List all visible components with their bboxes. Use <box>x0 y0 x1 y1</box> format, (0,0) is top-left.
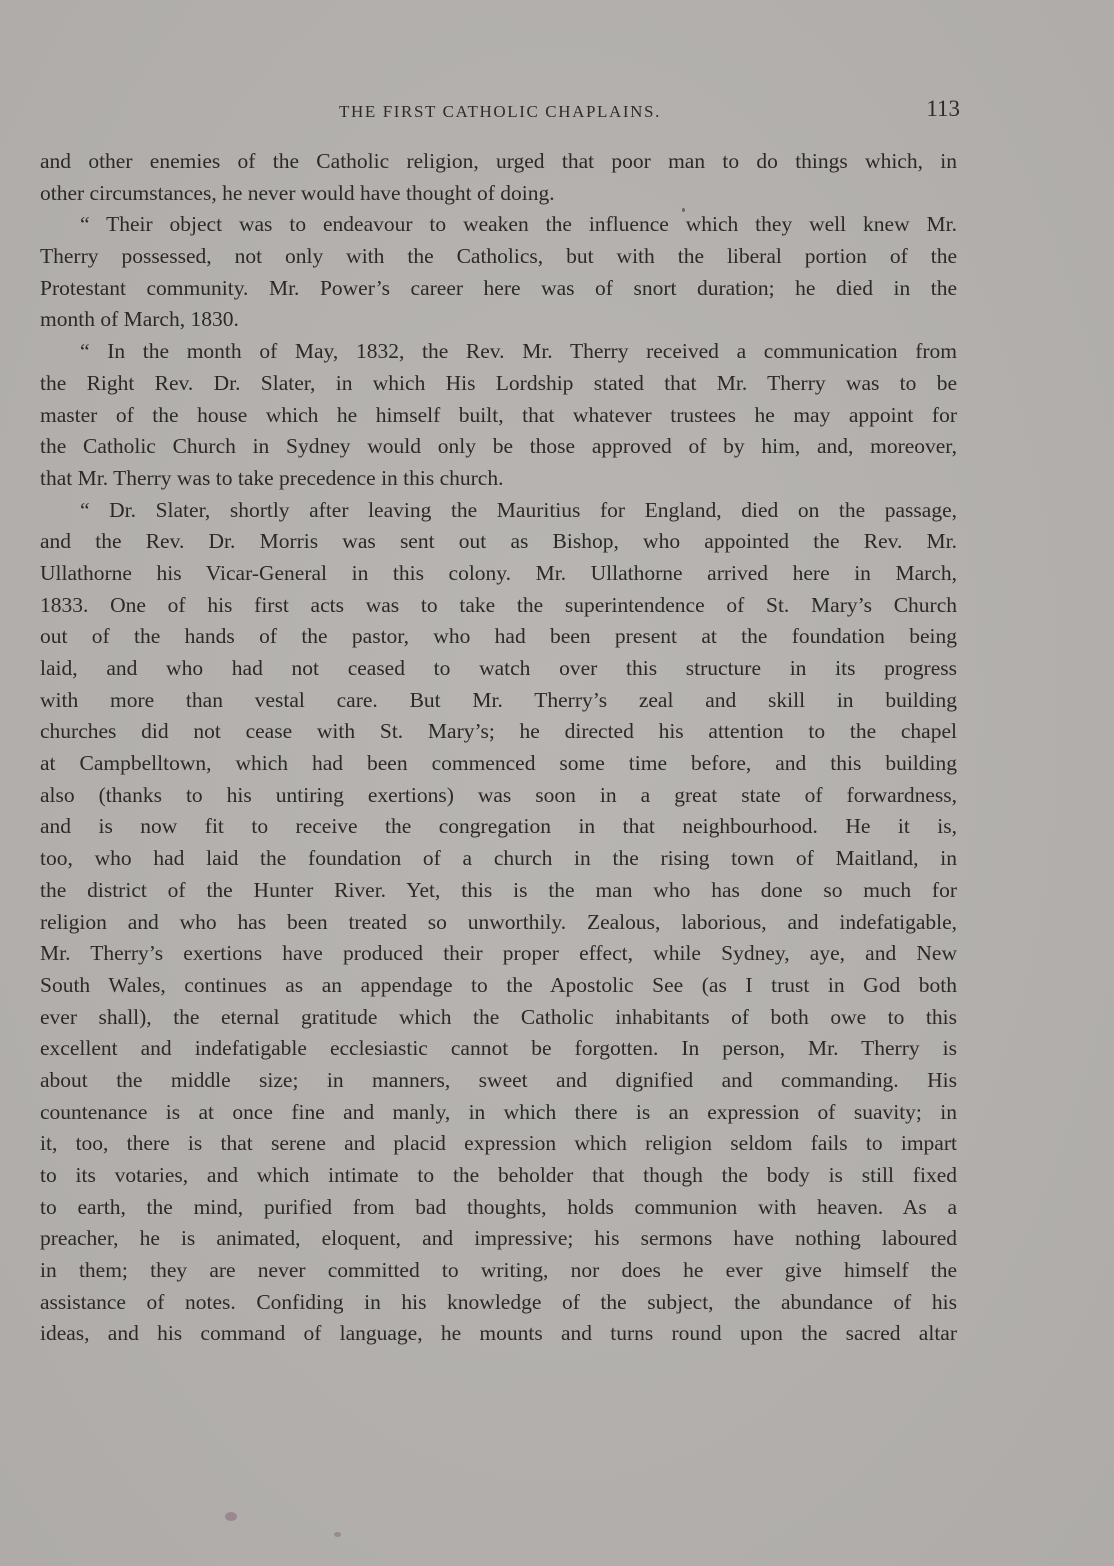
text-line: in them; they are never committed to wri… <box>40 1255 957 1287</box>
text-line: countenance is at once fine and manly, i… <box>40 1097 957 1129</box>
running-head: THE FIRST CATHOLIC CHAPLAINS. 113 <box>40 96 960 126</box>
paragraph: “ In the month of May, 1832, the Rev. Mr… <box>40 336 957 494</box>
text-line: about the middle size; in manners, sweet… <box>40 1065 957 1097</box>
text-line: assistance of notes. Confiding in his kn… <box>40 1287 957 1319</box>
text-line: to its votaries, and which intimate to t… <box>40 1160 957 1192</box>
text-line: also (thanks to his untiring exertions) … <box>40 780 957 812</box>
text-line: it, too, there is that serene and placid… <box>40 1128 957 1160</box>
text-line: that Mr. Therry was to take precedence i… <box>40 463 957 495</box>
text-line: “ Dr. Slater, shortly after leaving the … <box>40 495 957 527</box>
text-line: “ In the month of May, 1832, the Rev. Mr… <box>40 336 957 368</box>
text-line: and the Rev. Dr. Morris was sent out as … <box>40 526 957 558</box>
text-line: other circumstances, he never would have… <box>40 178 957 210</box>
text-line: “ Their object was to endeavour to weake… <box>40 209 957 241</box>
text-line: master of the house which he himself bui… <box>40 400 957 432</box>
text-line: excellent and indefatigable ecclesiastic… <box>40 1033 957 1065</box>
paragraph: “ Dr. Slater, shortly after leaving the … <box>40 495 957 1351</box>
text-line: Ullathorne his Vicar-General in this col… <box>40 558 957 590</box>
text-line: laid, and who had not ceased to watch ov… <box>40 653 957 685</box>
text-line: the Catholic Church in Sydney would only… <box>40 431 957 463</box>
text-line: Mr. Therry’s exertions have produced the… <box>40 938 957 970</box>
text-line: ever shall), the eternal gratitude which… <box>40 1002 957 1034</box>
text-line: and other enemies of the Catholic religi… <box>40 146 957 178</box>
text-line: religion and who has been treated so unw… <box>40 907 957 939</box>
text-line: with more than vestal care. But Mr. Ther… <box>40 685 957 717</box>
text-line: Therry possessed, not only with the Cath… <box>40 241 957 273</box>
text-line: 1833. One of his first acts was to take … <box>40 590 957 622</box>
paper-speck <box>334 1532 341 1537</box>
text-line: the Right Rev. Dr. Slater, in which His … <box>40 368 957 400</box>
paper-speck <box>682 208 685 212</box>
paper-speck <box>225 1512 237 1521</box>
text-line: at Campbelltown, which had been commence… <box>40 748 957 780</box>
text-line: out of the hands of the pastor, who had … <box>40 621 957 653</box>
text-line: preacher, he is animated, eloquent, and … <box>40 1223 957 1255</box>
text-line: churches did not cease with St. Mary’s; … <box>40 716 957 748</box>
text-line: month of March, 1830. <box>40 304 957 336</box>
text-line: ideas, and his command of language, he m… <box>40 1318 957 1350</box>
paragraph: and other enemies of the Catholic religi… <box>40 146 957 209</box>
text-line: the district of the Hunter River. Yet, t… <box>40 875 957 907</box>
text-line: to earth, the mind, purified from bad th… <box>40 1192 957 1224</box>
running-title: THE FIRST CATHOLIC CHAPLAINS. <box>40 102 960 122</box>
text-line: South Wales, continues as an appendage t… <box>40 970 957 1002</box>
body-text: and other enemies of the Catholic religi… <box>40 146 957 1350</box>
paragraph: “ Their object was to endeavour to weake… <box>40 209 957 336</box>
text-line: too, who had laid the foundation of a ch… <box>40 843 957 875</box>
book-page: THE FIRST CATHOLIC CHAPLAINS. 113 and ot… <box>0 0 1114 1566</box>
text-line: and is now fit to receive the congregati… <box>40 811 957 843</box>
text-line: Protestant community. Mr. Power’s career… <box>40 273 957 305</box>
page-number: 113 <box>926 96 960 122</box>
